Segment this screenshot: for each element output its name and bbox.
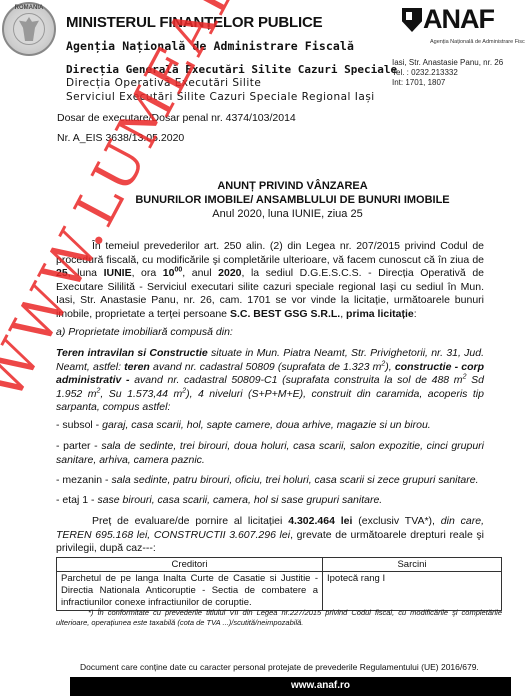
- auction-hour: 10: [163, 267, 175, 279]
- directorate-general: Direcția Generală Executări Silite Cazur…: [66, 63, 397, 76]
- romania-coat-of-arms-seal-icon: ROMANIA: [2, 2, 56, 56]
- auction-year: 2020: [218, 267, 241, 279]
- document-page: ROMANIA MINISTERUL FINANȚELOR PUBLICE Ag…: [0, 0, 525, 700]
- column-header-sarcini: Sarcini: [323, 558, 502, 572]
- anaf-logo-word: ANAF: [423, 4, 494, 35]
- agency-name: Agenția Națională de Administrare Fiscal…: [66, 39, 354, 53]
- table-row: Parchetul de pe langa Inalta Curte de Ca…: [57, 572, 502, 611]
- announcement-title: ANUNȚ PRIVIND VÂNZAREA: [0, 180, 525, 192]
- property-description: Teren intravilan si Constructie situate …: [56, 347, 484, 415]
- announcement-date: Anul 2020, luna IUNIE, ziua 25: [0, 208, 525, 220]
- auction-month: IUNIE: [104, 267, 132, 279]
- owner-name: S.C. BEST GSG S.R.L.: [230, 308, 340, 320]
- announcement-subtitle: BUNURILOR IMOBILE/ ANSAMBLULUI DE BUNURI…: [0, 194, 525, 206]
- creditor-cell: Parchetul de pe langa Inalta Curte de Ca…: [57, 572, 323, 611]
- document-number: Nr. A_EIS 3638/13.05.2020: [57, 132, 184, 144]
- intro-paragraph: În temeiul prevederilor art. 250 alin. (…: [56, 240, 484, 322]
- level-item: - etaj 1 - sase birouri, casa scarii, ca…: [56, 494, 484, 508]
- contact-tel: Tel. : 0232.213332: [392, 68, 503, 78]
- seal-text: ROMANIA: [4, 5, 54, 11]
- auction-day: 25: [56, 267, 68, 279]
- contact-int: Int: 1701, 1807: [392, 78, 503, 88]
- anaf-logo: ANAF Agenția Națională de Administrare F…: [398, 6, 523, 46]
- creditors-table: Creditori Sarcini Parchetul de pe langa …: [56, 557, 502, 611]
- shield-icon: [402, 8, 422, 32]
- gdpr-notice: Document care conține date cu caracter p…: [80, 662, 479, 672]
- ministry-name: MINISTERUL FINANȚELOR PUBLICE: [66, 14, 322, 31]
- property-heading: a) Proprietate imobiliară compusă din:: [56, 326, 484, 340]
- case-file-number: Dosar de executare/Dosar penal nr. 4374/…: [57, 112, 296, 124]
- anaf-logo-subtitle: Agenția Națională de Administrare Fiscal…: [430, 39, 525, 45]
- price-paragraph: Preț de evaluare/de pornire al licitație…: [56, 515, 484, 556]
- level-item: - mezanin - sala sedinte, patru birouri,…: [56, 474, 484, 488]
- directorate-operative: Direcția Operativă Executări Silite: [66, 77, 261, 89]
- footer-website-link[interactable]: www.anaf.ro: [70, 680, 511, 691]
- service-name: Serviciul Executări Silite Cazuri Specia…: [66, 91, 375, 103]
- footer-bar: www.anaf.ro: [70, 677, 511, 696]
- contact-address: Iasi, Str. Anastasie Panu, nr. 26: [392, 58, 503, 68]
- contact-block: Iasi, Str. Anastasie Panu, nr. 26 Tel. :…: [392, 58, 503, 88]
- level-item: - subsol - garaj, casa scarii, hol, sapt…: [56, 419, 484, 433]
- encumbrance-cell: Ipotecă rang I: [323, 572, 502, 611]
- vat-footnote: *) În conformitate cu prevederile titlul…: [56, 608, 502, 628]
- level-item: - parter - sala de sedinte, trei birouri…: [56, 440, 484, 467]
- starting-price: 4.302.464 lei: [288, 515, 352, 527]
- column-header-creditori: Creditori: [57, 558, 323, 572]
- auction-round: prima licitație: [346, 308, 414, 320]
